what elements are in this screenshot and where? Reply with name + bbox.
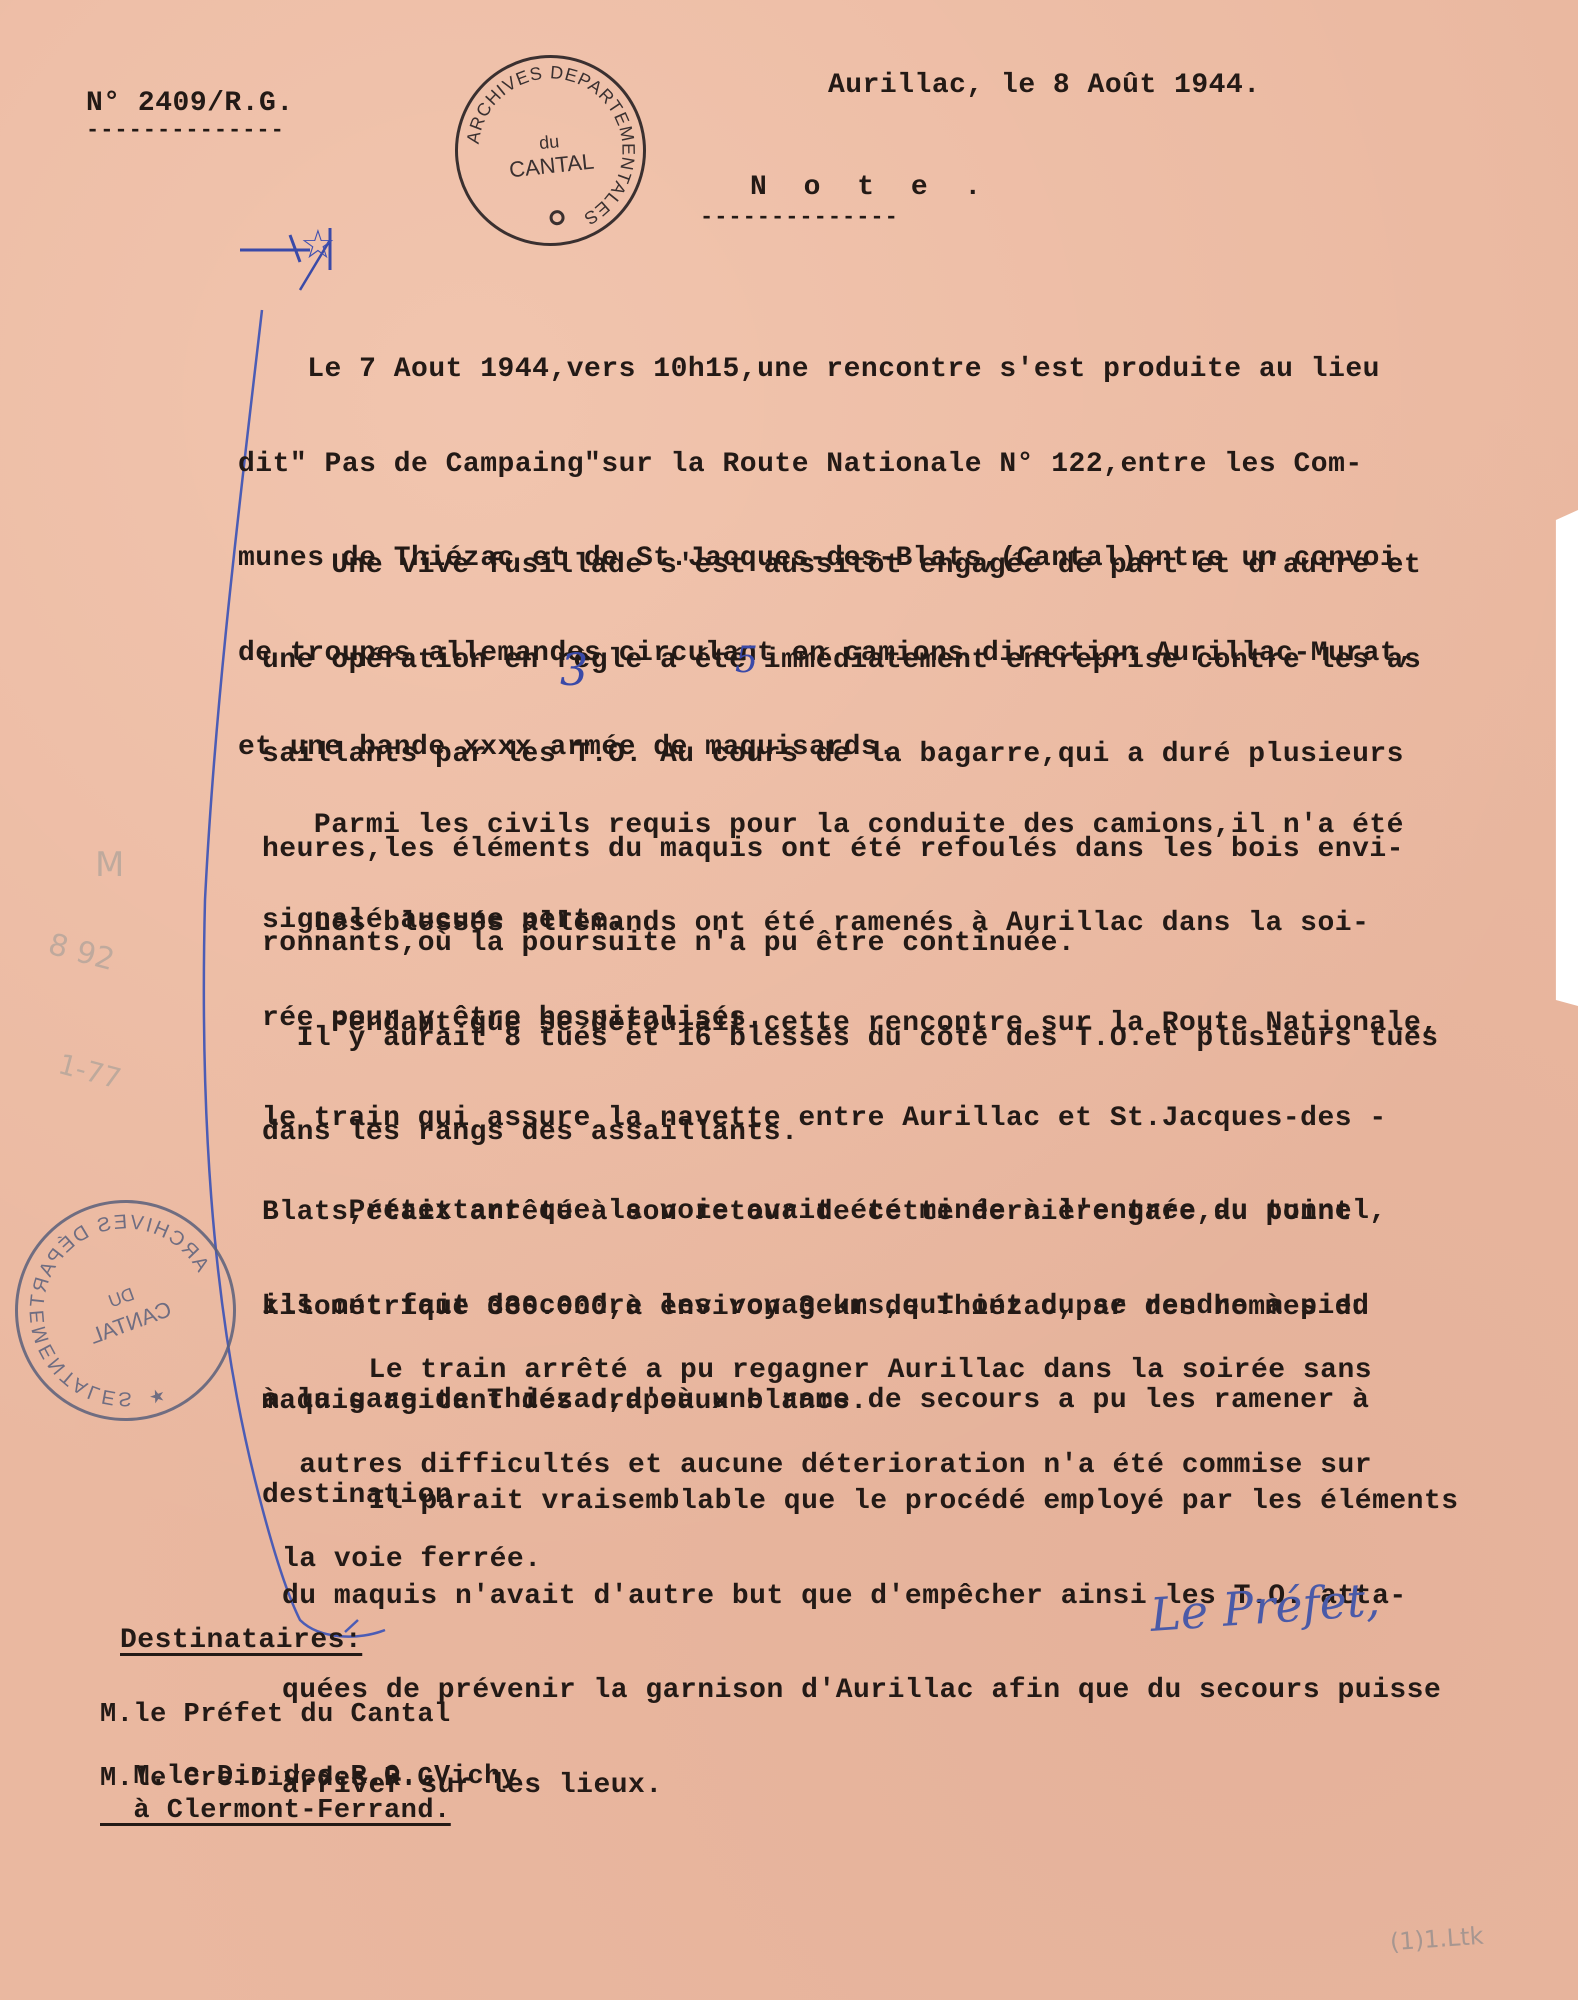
paragraph-line: Prétextant que la voie avait été minée à… <box>262 1196 1387 1229</box>
stamp-top-inner-cantal: CANTAL <box>508 149 595 183</box>
recipient-item: à Clermont-Ferrand. <box>100 1796 451 1826</box>
reference-underline: -------------- <box>86 118 285 143</box>
recipient-item: M.le Cre.Div.des R.G. <box>100 1764 451 1794</box>
handwritten-killed-correction: 3 <box>560 645 588 696</box>
recipient-item: M.le Préfet du Cantal <box>100 1700 451 1730</box>
stamp-star-icon: ★ <box>146 1384 168 1408</box>
paragraph-line: Parmi les civils requis pour la conduite… <box>262 810 1404 843</box>
archives-stamp-left-mirrored: ARCHIVES DÉPARTEMENTALES DU CANTAL ★ <box>15 1200 236 1421</box>
paragraph-line: Pendant que se déroulait cette rencontre… <box>262 1008 1439 1041</box>
margin-star-mark: ☆ <box>300 222 336 268</box>
paragraph-line: Le train arrêté a pu regagner Aurillac d… <box>282 1355 1372 1388</box>
handwritten-wounded-correction: 5 <box>735 640 758 681</box>
paragraph-line: une opération en règle a été immédiateme… <box>262 645 1439 678</box>
paragraph-line: dit" Pas de Campaing"sur la Route Nation… <box>238 449 1415 482</box>
archives-stamp-top: ARCHIVES DEPARTEMENTALES du CANTAL <box>446 46 656 256</box>
pencil-annotation-left: M <box>95 845 124 885</box>
paragraph-line: Les blessés allemands ont été ramenés à … <box>262 908 1369 941</box>
paragraph-line: Une vive fusillade s'est aussitôt engagé… <box>262 550 1439 583</box>
stamp-star-icon <box>550 211 563 224</box>
note-title: N o t e . <box>750 172 991 203</box>
paragraph-line: Il parait vraisemblable que le procédé e… <box>282 1486 1459 1519</box>
dateline: Aurillac, le 8 Août 1944. <box>828 70 1261 101</box>
reference-number: N° 2409/R.G. <box>86 88 294 119</box>
paragraph-line: le train qui assure la navette entre Aur… <box>262 1103 1439 1136</box>
note-title-underline: -------------- <box>700 205 899 230</box>
recipients-title: Destinataires: <box>120 1625 362 1656</box>
paragraph-line: Le 7 Aout 1944,vers 10h15,une rencontre … <box>238 354 1415 387</box>
stamp-top-inner-du: du <box>538 131 560 153</box>
paragraph-line: quées de prévenir la garnison d'Aurillac… <box>282 1675 1459 1708</box>
